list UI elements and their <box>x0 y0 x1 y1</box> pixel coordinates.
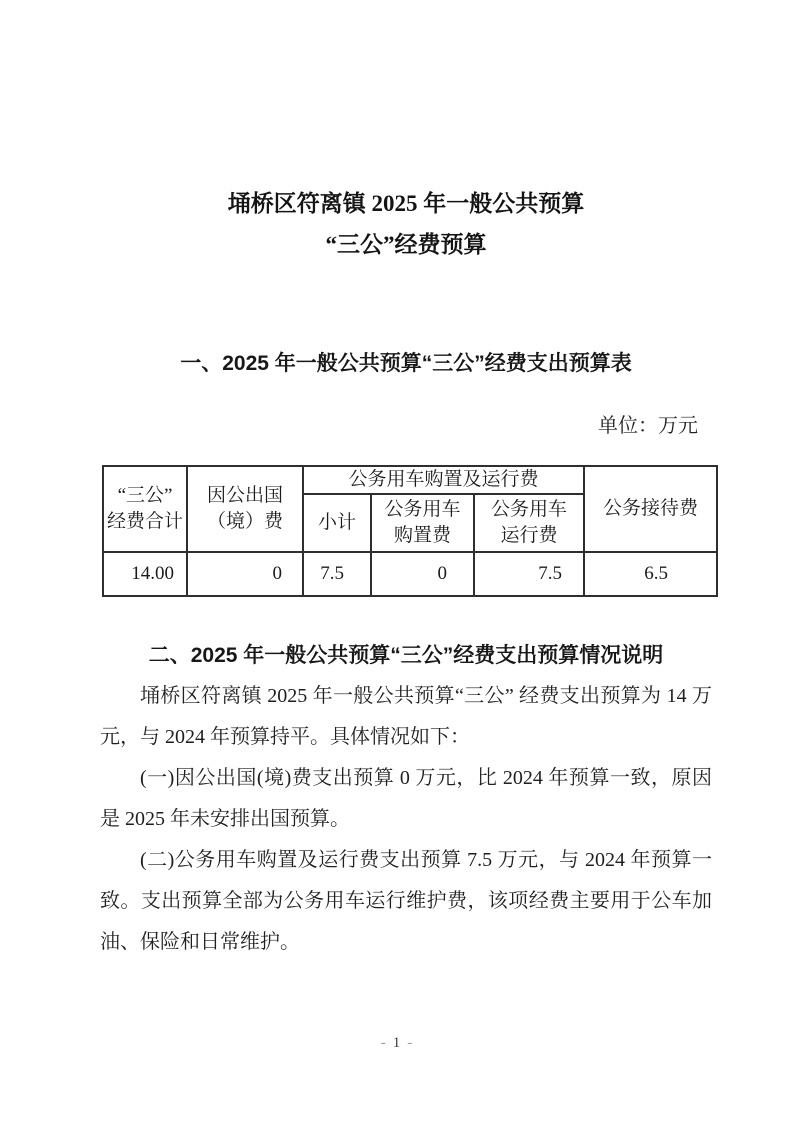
explanation-text: 埇桥区符离镇 2025 年一般公共预算“三公” 经费支出预算为 14 万元，与 … <box>100 676 712 963</box>
value-abroad: 0 <box>187 552 303 596</box>
paragraph-abroad: (一)因公出国(境)费支出预算 0 万元，比 2024 年预算一致，原因是 20… <box>100 758 712 840</box>
paragraph-vehicle: (二)公务用车购置及运行费支出预算 7.5 万元，与 2024 年预算一致。支出… <box>100 840 712 963</box>
value-operation: 7.5 <box>474 552 584 596</box>
page-number-left-dash: - <box>381 1035 386 1051</box>
section1-heading: 一、2025 年一般公共预算“三公”经费支出预算表 <box>100 350 712 377</box>
value-purchase: 0 <box>371 552 474 596</box>
header-reception: 公务接待费 <box>584 466 717 552</box>
page-number-right-dash: - <box>407 1035 412 1051</box>
header-subtotal: 小计 <box>303 494 371 552</box>
section2-heading: 二、2025 年一般公共预算“三公”经费支出预算情况说明 <box>100 642 712 669</box>
header-vehicle-group: 公务用车购置及运行费 <box>303 466 584 494</box>
header-operation: 公务用车 运行费 <box>474 494 584 552</box>
budget-table: “三公” 经费合计 因公出国 （境）费 公务用车购置及运行费 公务接待费 小计 … <box>102 465 718 597</box>
value-reception: 6.5 <box>584 552 717 596</box>
table-row: 14.00 0 7.5 0 7.5 6.5 <box>103 552 717 596</box>
value-subtotal: 7.5 <box>303 552 371 596</box>
header-total: “三公” 经费合计 <box>103 466 187 552</box>
document-title-line1: 埇桥区符离镇 2025 年一般公共预算 <box>100 183 712 224</box>
document-title-line2: “三公”经费预算 <box>100 224 712 265</box>
value-total: 14.00 <box>103 552 187 596</box>
header-abroad: 因公出国 （境）费 <box>187 466 303 552</box>
header-purchase: 公务用车 购置费 <box>371 494 474 552</box>
unit-note: 单位：万元 <box>100 409 698 438</box>
page-number: -1- <box>0 1035 793 1052</box>
paragraph-overview: 埇桥区符离镇 2025 年一般公共预算“三公” 经费支出预算为 14 万元，与 … <box>100 676 712 758</box>
page-number-value: 1 <box>393 1035 401 1051</box>
document-title: 埇桥区符离镇 2025 年一般公共预算 “三公”经费预算 <box>100 183 712 265</box>
document-page: 埇桥区符离镇 2025 年一般公共预算 “三公”经费预算 一、2025 年一般公… <box>0 0 793 1122</box>
